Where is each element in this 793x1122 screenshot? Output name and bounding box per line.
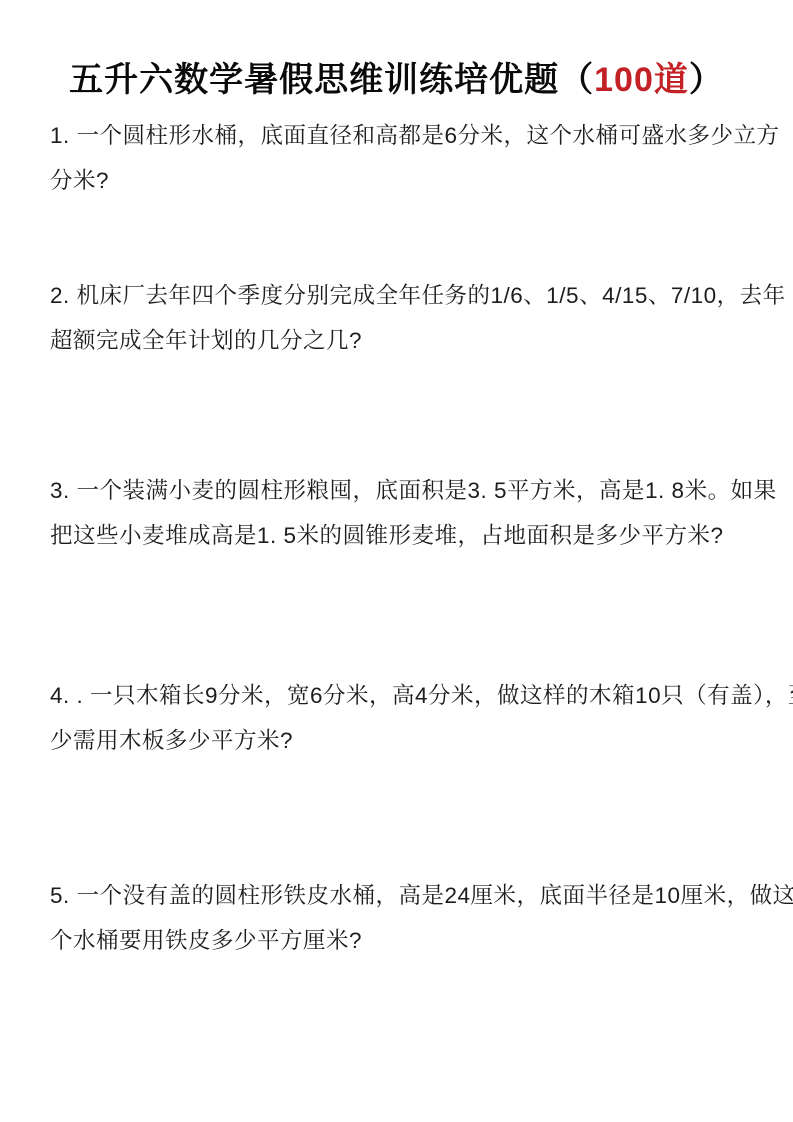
question-4-line-2: 少需用木板多少平方米? [50, 718, 773, 763]
question-3: 3. 一个装满小麦的圆柱形粮囤，底面积是3. 5平方米，高是1. 8米。如果 把… [50, 468, 773, 558]
question-1-line-2: 分米? [50, 158, 773, 203]
question-2: 2. 机床厂去年四个季度分别完成全年任务的1/6、1/5、4/15、7/10，去… [50, 273, 773, 363]
worksheet-page: 五升六数学暑假思维训练培优题（100道） 1. 一个圆柱形水桶，底面直径和高都是… [0, 0, 793, 1122]
question-5-line-2: 个水桶要用铁皮多少平方厘米? [50, 918, 773, 963]
question-1: 1. 一个圆柱形水桶，底面直径和高都是6分米，这个水桶可盛水多少立方 分米? [50, 113, 773, 203]
title-text: 五升六数学暑假思维训练培优题（ [69, 61, 594, 99]
title-suffix: ） [689, 61, 724, 99]
question-5: 5. 一个没有盖的圆柱形铁皮水桶，高是24厘米，底面半径是10厘米，做这 个水桶… [50, 873, 773, 963]
question-2-line-2: 超额完成全年计划的几分之几? [50, 318, 773, 363]
question-2-line-1: 2. 机床厂去年四个季度分别完成全年任务的1/6、1/5、4/15、7/10，去… [50, 273, 773, 318]
question-3-line-2: 把这些小麦堆成高是1. 5米的圆锥形麦堆，占地面积是多少平方米? [50, 513, 773, 558]
question-4: 4. . 一只木箱长9分米，宽6分米，高4分米，做这样的木箱10只（有盖），至 … [50, 673, 773, 763]
question-1-line-1: 1. 一个圆柱形水桶，底面直径和高都是6分米，这个水桶可盛水多少立方 [50, 113, 773, 158]
question-4-line-1: 4. . 一只木箱长9分米，宽6分米，高4分米，做这样的木箱10只（有盖），至 [50, 673, 773, 718]
page-title: 五升六数学暑假思维训练培优题（100道） [0, 52, 793, 101]
question-5-line-1: 5. 一个没有盖的圆柱形铁皮水桶，高是24厘米，底面半径是10厘米，做这 [50, 873, 773, 918]
title-count-highlight: 100道 [594, 61, 689, 99]
question-3-line-1: 3. 一个装满小麦的圆柱形粮囤，底面积是3. 5平方米，高是1. 8米。如果 [50, 468, 773, 513]
